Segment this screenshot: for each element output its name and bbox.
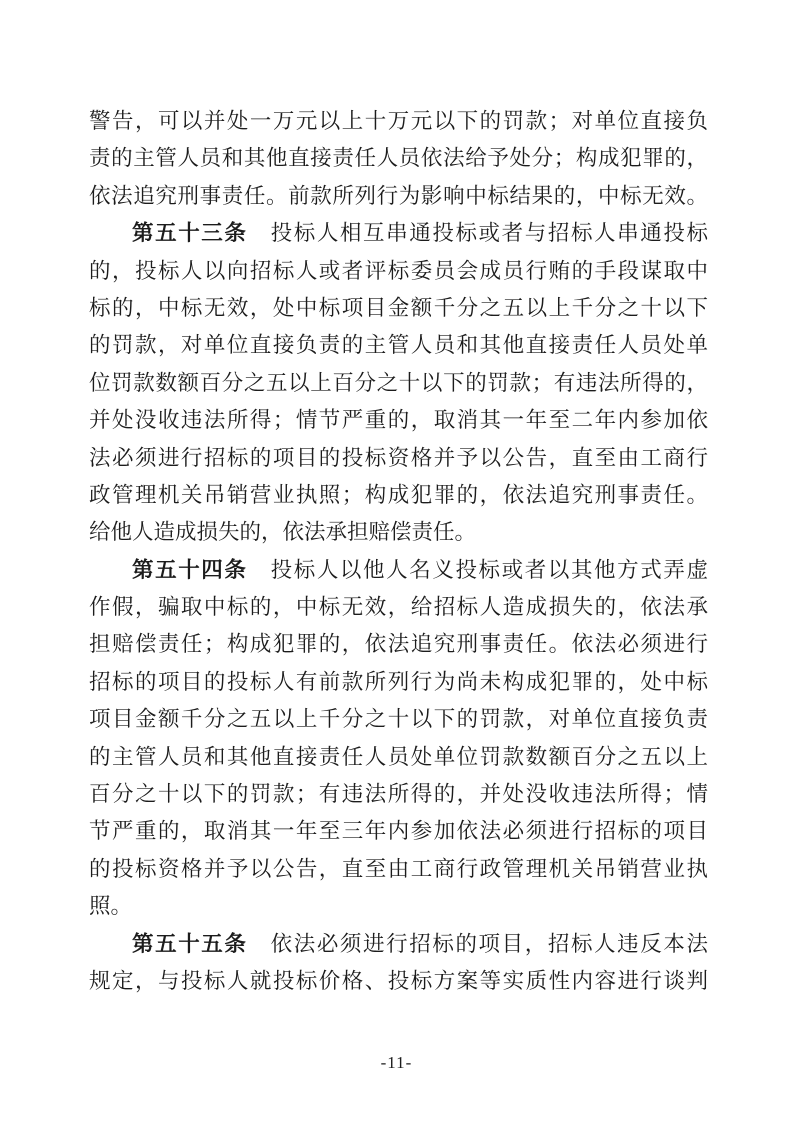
article-number: 第五十三条 (132, 221, 248, 245)
text-line: 第五十五条 依法必须进行招标的项目，招标人违反本法 (89, 926, 708, 963)
line-text: 的罚款，对单位直接负责的主管人员和其他直接责任人员处单 (89, 333, 708, 357)
line-text: 标的，中标无效，处中标项目金额千分之五以上千分之十以下 (89, 296, 708, 320)
line-text: 项目金额千分之五以上千分之十以下的罚款，对单位直接负责 (89, 707, 708, 731)
page-footer: -11- (0, 1053, 793, 1073)
text-line: 的投标资格并予以公告，直至由工商行政管理机关吊销营业执 (89, 851, 708, 888)
text-line: 招标的项目的投标人有前款所列行为尚未构成犯罪的，处中标 (89, 664, 708, 701)
text-line: 依法追究刑事责任。前款所列行为影响中标结果的，中标无效。 (89, 178, 708, 215)
text-line: 百分之十以下的罚款；有违法所得的，并处没收违法所得；情 (89, 776, 708, 813)
text-line: 作假，骗取中标的，中标无效，给招标人造成损失的，依法承 (89, 589, 708, 626)
line-text: 给他人造成损失的，依法承担赔偿责任。 (89, 520, 476, 544)
line-text: 政管理机关吊销营业执照；构成犯罪的，依法追究刑事责任。 (89, 483, 708, 507)
line-text: 百分之十以下的罚款；有违法所得的，并处没收违法所得；情 (89, 782, 708, 806)
line-text: 依法追究刑事责任。前款所列行为影响中标结果的，中标无效。 (89, 184, 708, 208)
line-text: 的主管人员和其他直接责任人员处单位罚款数额百分之五以上 (89, 745, 708, 769)
text-line: 担赔偿责任；构成犯罪的，依法追究刑事责任。依法必须进行 (89, 626, 708, 663)
text-line: 规定，与投标人就投标价格、投标方案等实质性内容进行谈判 (89, 963, 708, 1000)
line-text: 招标的项目的投标人有前款所列行为尚未构成犯罪的，处中标 (89, 670, 708, 694)
line-text: 投标人以他人名义投标或者以其他方式弄虚 (248, 558, 708, 582)
line-text: 并处没收违法所得；情节严重的，取消其一年至二年内参加依 (89, 408, 708, 432)
line-text: 位罚款数额百分之五以上百分之十以下的罚款；有违法所得的， (89, 371, 708, 395)
text-line: 法必须进行招标的项目的投标资格并予以公告，直至由工商行 (89, 440, 708, 477)
text-line: 位罚款数额百分之五以上百分之十以下的罚款；有违法所得的， (89, 365, 708, 402)
line-text: 投标人相互串通投标或者与招标人串通投标 (248, 221, 708, 245)
line-text: 依法必须进行招标的项目，招标人违反本法 (248, 932, 708, 956)
text-line: 第五十三条 投标人相互串通投标或者与招标人串通投标 (89, 215, 708, 252)
article-number: 第五十五条 (132, 932, 248, 956)
line-text: 节严重的，取消其一年至三年内参加依法必须进行招标的项目 (89, 819, 708, 843)
text-line: 标的，中标无效，处中标项目金额千分之五以上千分之十以下 (89, 290, 708, 327)
line-text: 责的主管人员和其他直接责任人员依法给予处分；构成犯罪的， (89, 146, 708, 170)
text-line: 责的主管人员和其他直接责任人员依法给予处分；构成犯罪的， (89, 140, 708, 177)
line-text: 照。 (89, 894, 132, 918)
text-line: 节严重的，取消其一年至三年内参加依法必须进行招标的项目 (89, 813, 708, 850)
line-text: 法必须进行招标的项目的投标资格并予以公告，直至由工商行 (89, 446, 708, 470)
document-page: 警告，可以并处一万元以上十万元以下的罚款；对单位直接负责的主管人员和其他直接责任… (0, 0, 793, 1122)
document-text-block: 警告，可以并处一万元以上十万元以下的罚款；对单位直接负责的主管人员和其他直接责任… (89, 103, 708, 1000)
line-text: 担赔偿责任；构成犯罪的，依法追究刑事责任。依法必须进行 (89, 632, 708, 656)
text-line: 照。 (89, 888, 708, 925)
text-line: 第五十四条 投标人以他人名义投标或者以其他方式弄虚 (89, 552, 708, 589)
line-text: 的，投标人以向招标人或者评标委员会成员行贿的手段谋取中 (89, 259, 708, 283)
page-number: -11- (381, 1053, 413, 1072)
text-line: 的主管人员和其他直接责任人员处单位罚款数额百分之五以上 (89, 739, 708, 776)
text-line: 政管理机关吊销营业执照；构成犯罪的，依法追究刑事责任。 (89, 477, 708, 514)
text-line: 警告，可以并处一万元以上十万元以下的罚款；对单位直接负 (89, 103, 708, 140)
line-text: 规定，与投标人就投标价格、投标方案等实质性内容进行谈判 (89, 969, 708, 993)
line-text: 的投标资格并予以公告，直至由工商行政管理机关吊销营业执 (89, 857, 708, 881)
line-text: 警告，可以并处一万元以上十万元以下的罚款；对单位直接负 (89, 109, 708, 133)
line-text: 作假，骗取中标的，中标无效，给招标人造成损失的，依法承 (89, 595, 708, 619)
text-line: 的罚款，对单位直接负责的主管人员和其他直接责任人员处单 (89, 327, 708, 364)
text-line: 给他人造成损失的，依法承担赔偿责任。 (89, 514, 708, 551)
text-line: 项目金额千分之五以上千分之十以下的罚款，对单位直接负责 (89, 701, 708, 738)
text-line: 的，投标人以向招标人或者评标委员会成员行贿的手段谋取中 (89, 253, 708, 290)
article-number: 第五十四条 (132, 558, 248, 582)
text-line: 并处没收违法所得；情节严重的，取消其一年至二年内参加依 (89, 402, 708, 439)
